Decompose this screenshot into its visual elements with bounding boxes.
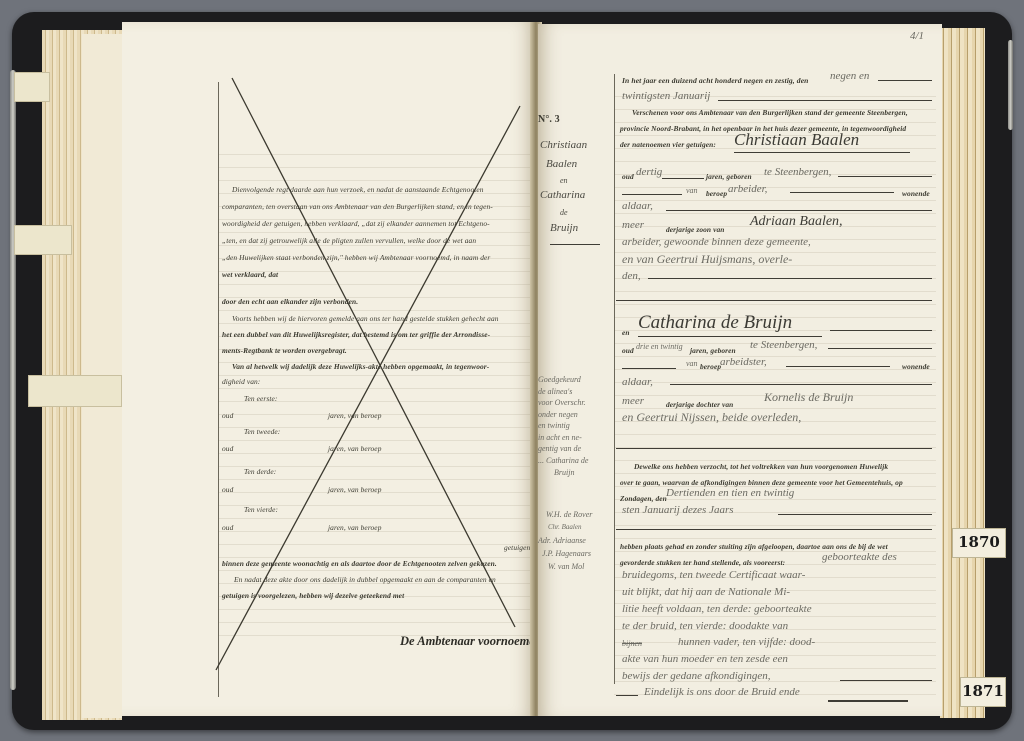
bride-age: drie en twintig xyxy=(636,342,683,351)
margin-name: Baalen xyxy=(546,158,577,170)
bride-status: meer xyxy=(622,395,644,407)
handwritten-date: negen en xyxy=(830,70,869,82)
struck-word: bijnen xyxy=(622,639,642,648)
documents-handwritten: te der bruid, ten vierde: doodakte van xyxy=(622,620,788,632)
printed-label: oud xyxy=(622,346,634,355)
fill-rule xyxy=(830,330,932,331)
margin-name: en xyxy=(560,176,568,185)
year-tab-1871[interactable]: 1871 xyxy=(960,677,1006,707)
documents-handwritten: geboorteakte des xyxy=(822,551,897,563)
fill-rule xyxy=(662,178,704,179)
bride-occupation: arbeidster, xyxy=(720,356,767,368)
margin-underline xyxy=(550,244,600,245)
documents-handwritten: uit blijkt, dat hij aan de Nationale Mi- xyxy=(622,586,790,598)
fill-rule xyxy=(666,210,932,211)
margin-note-line: en twintig xyxy=(538,420,612,432)
margin-note-line: de alinea's xyxy=(538,386,612,398)
printed-label: van xyxy=(686,359,698,368)
printed-line: der natenoemen vier getuigen: xyxy=(620,140,716,149)
margin-name: Catharina xyxy=(540,189,585,201)
fill-rule xyxy=(838,176,932,177)
groom-father: Adriaan Baalen, xyxy=(750,214,843,230)
margin-name: de xyxy=(560,208,568,217)
printed-label: derjarige dochter van xyxy=(666,400,733,409)
margin-name: Bruijn xyxy=(550,222,578,234)
printed-line: Dewelke ons hebben verzocht, tot het vol… xyxy=(634,462,888,471)
signature: W. van Mol xyxy=(538,560,612,573)
fill-rule xyxy=(648,278,932,279)
printed-label: beroep xyxy=(700,362,721,371)
fill-rule xyxy=(778,514,932,515)
signature: Adr. Adriaanse xyxy=(538,534,612,547)
announcement-dates: sten Januarij dezes Jaars xyxy=(622,504,734,516)
signature: W.H. de Rover xyxy=(538,508,612,521)
printed-label: wonende xyxy=(902,362,930,371)
printed-line: Verschenen voor ons Ambtenaar van den Bu… xyxy=(632,108,908,117)
fill-rule xyxy=(828,348,932,349)
margin-note-line: ... Catharina de xyxy=(538,455,612,467)
bride-birthplace: te Steenbergen, xyxy=(750,339,817,351)
year-tab-1870[interactable]: 1870 xyxy=(952,528,1006,558)
bride-residence: aldaar, xyxy=(622,376,653,388)
documents-handwritten: bewijs der gedane afkondigingen, xyxy=(622,670,770,682)
margin-note: Goedgekeurd de alinea's voor Overschr. o… xyxy=(538,374,612,479)
index-tab[interactable] xyxy=(14,72,50,102)
binder-metal-edge-left xyxy=(10,70,16,690)
index-tab[interactable] xyxy=(28,375,122,407)
left-page: Dienvolgende regt daarde aan hun verzoek… xyxy=(122,22,534,716)
fill-rule xyxy=(786,366,890,367)
printed-line: Zondagen, den xyxy=(620,494,667,503)
fill-rule xyxy=(718,100,932,101)
documents-handwritten: litie heeft voldaan, ten derde: geboorte… xyxy=(622,603,812,615)
cancellation-cross xyxy=(122,22,534,716)
announcement-dates: Dertienden en tien en twintig xyxy=(666,487,794,499)
printed-line: hebben plaats gehad en zonder stuiting z… xyxy=(620,542,888,551)
section-divider xyxy=(616,529,932,530)
page-stack-right xyxy=(940,28,985,718)
bride-name: Catharina de Bruijn xyxy=(638,312,792,334)
fill-rule xyxy=(616,695,638,696)
groom-status: meer xyxy=(622,219,644,231)
fill-rule xyxy=(670,384,932,385)
fill-rule xyxy=(622,368,676,369)
margin-signatures: W.H. de Rover Chr. Baalen Adr. Adriaanse… xyxy=(538,508,612,573)
index-tab[interactable] xyxy=(14,225,72,255)
binder-metal-edge-right xyxy=(1008,40,1013,130)
groom-name: Christiaan Baalen xyxy=(734,130,859,150)
fill-rule xyxy=(638,336,822,337)
signature: Chr. Baalen xyxy=(538,521,612,534)
margin-note-line: Bruijn xyxy=(538,466,612,479)
printed-label: van xyxy=(686,186,698,195)
margin-note-line: Goedgekeurd xyxy=(538,374,612,386)
groom-occupation: arbeider, xyxy=(728,183,767,195)
printed-label: beroep xyxy=(706,189,727,198)
bride-mother: en Geertrui Nijssen, beide overleden, xyxy=(622,410,801,425)
documents-handwritten: Eindelijk is ons door de Bruid ende xyxy=(644,686,800,698)
fill-rule xyxy=(878,80,932,81)
handwritten-date: twintigsten Januarij xyxy=(622,90,710,102)
printed-label: derjarige zoon van xyxy=(666,225,724,234)
documents-handwritten: akte van hun moeder en ten zesde een xyxy=(622,653,788,665)
printed-label: en xyxy=(622,328,630,337)
groom-mother: en van Geertrui Huijsmans, overle- xyxy=(622,252,792,267)
right-page: 4/1 N°. 3 Christiaan Baalen en Catharina… xyxy=(538,24,942,716)
section-divider xyxy=(616,300,932,301)
margin-note-line: gentig van de xyxy=(538,443,612,455)
margin-name: Christiaan xyxy=(540,139,587,151)
act-number: N°. 3 xyxy=(538,114,560,125)
printed-label: jaren, geboren xyxy=(690,346,736,355)
groom-birthplace: te Steenbergen, xyxy=(764,166,831,178)
printed-line: In het jaar een duizend acht honderd neg… xyxy=(622,76,809,85)
section-divider xyxy=(616,448,932,449)
fill-rule xyxy=(734,152,910,153)
groom-father-detail: arbeider, gewoonde binnen deze gemeente, xyxy=(622,236,811,248)
fill-rule xyxy=(790,192,894,193)
groom-residence: aldaar, xyxy=(622,200,653,212)
folio-number: 4/1 xyxy=(910,30,924,42)
margin-note-line: voor Overschr. xyxy=(538,397,612,409)
margin-line xyxy=(614,74,615,684)
documents-handwritten: hunnen vader, ten vijfde: dood- xyxy=(678,636,815,648)
printed-label: oud xyxy=(622,172,634,181)
signature: J.P. Hagenaars xyxy=(538,547,612,560)
printed-line: over te gaan, waarvan de afkondigingen b… xyxy=(620,478,903,487)
printed-label: jaren, geboren xyxy=(706,172,752,181)
printed-line: gevorderde stukken ter hand stellende, a… xyxy=(620,558,785,567)
groom-age: dertig xyxy=(636,166,662,178)
documents-handwritten: bruidegoms, ten tweede Certificaat waar- xyxy=(622,569,805,581)
margin-note-line: onder negen xyxy=(538,409,612,421)
fill-rule xyxy=(828,700,908,702)
groom-mother-end: den, xyxy=(622,270,641,282)
margin-note-line: in acht en ne- xyxy=(538,432,612,444)
fill-rule xyxy=(840,680,932,681)
printed-label: wonende xyxy=(902,189,930,198)
fill-rule xyxy=(622,194,682,195)
bride-father: Kornelis de Bruijn xyxy=(764,390,853,405)
